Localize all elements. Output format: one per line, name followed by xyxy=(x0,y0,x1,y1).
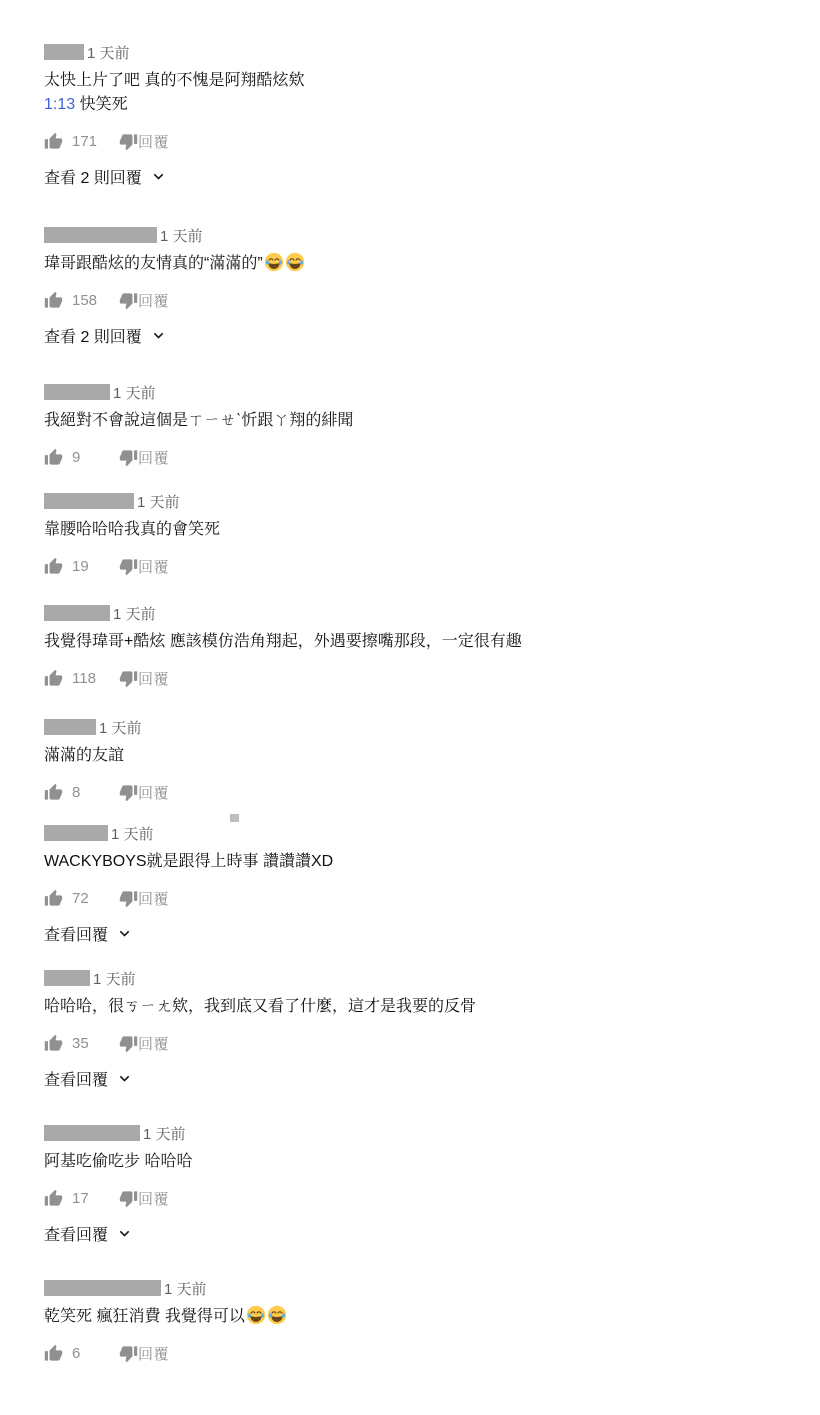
comment-timestamp[interactable]: 1 天前 xyxy=(99,717,142,738)
face-with-tears-of-joy-emoji xyxy=(267,1305,287,1325)
reply-button[interactable]: 回覆 xyxy=(138,668,169,689)
view-replies-toggle[interactable]: 查看 2 則回覆 xyxy=(44,325,168,345)
thumb-down-icon xyxy=(119,669,138,688)
view-replies-toggle[interactable]: 查看 2 則回覆 xyxy=(44,166,168,186)
comment-text: WACKYBOYS就是跟得上時事 讚讚讚XD xyxy=(44,850,780,874)
like-button[interactable]: 72 xyxy=(44,889,119,908)
like-count: 19 xyxy=(72,558,89,575)
redaction-artifact xyxy=(230,814,239,822)
username-redacted[interactable] xyxy=(44,227,157,243)
like-count: 72 xyxy=(72,890,89,907)
comment-timestamp[interactable]: 1 天前 xyxy=(113,603,156,624)
comment-header: 1 天前 xyxy=(44,383,780,401)
comment-timestamp[interactable]: 1 天前 xyxy=(111,823,154,844)
thumb-down-icon xyxy=(119,291,138,310)
comment-text: 太快上片了吧 真的不愧是阿翔酷炫欸1:13 快笑死 xyxy=(44,69,780,117)
comment-text-segment: 我絕對不會說這個是ㄒㄧㄝˋ忻跟ㄚ翔的緋聞 xyxy=(44,412,353,429)
comment-actions: 19 回覆 xyxy=(44,556,780,576)
chevron-down-icon xyxy=(115,1224,134,1243)
username-redacted[interactable] xyxy=(44,493,134,509)
dislike-button[interactable] xyxy=(119,1344,138,1363)
thumb-up-icon xyxy=(44,1034,63,1053)
like-button[interactable]: 8 xyxy=(44,783,119,802)
like-button[interactable]: 6 xyxy=(44,1344,119,1363)
thumb-down-icon xyxy=(119,1034,138,1053)
thumb-up-icon xyxy=(44,291,63,310)
comment-actions: 9 回覆 xyxy=(44,447,780,467)
comment: 1 天前 乾笑死 瘋狂消費 我覺得可以 6 xyxy=(44,1279,780,1363)
comment-timestamp[interactable]: 1 天前 xyxy=(164,1278,207,1299)
comment-header: 1 天前 xyxy=(44,718,780,736)
comment: 1 天前 WACKYBOYS就是跟得上時事 讚讚讚XD 72 回覆 查看回覆 xyxy=(44,824,780,943)
comment-header: 1 天前 xyxy=(44,824,780,842)
comment-actions: 118 回覆 xyxy=(44,668,780,688)
username-redacted[interactable] xyxy=(44,719,96,735)
like-count: 35 xyxy=(72,1035,89,1052)
view-replies-label: 查看 2 則回覆 xyxy=(44,324,142,347)
video-timestamp-link[interactable]: 1:13 xyxy=(44,96,75,113)
comment-text-segment: 靠腰哈哈哈我真的會笑死 xyxy=(44,521,220,538)
thumb-down-icon xyxy=(119,448,138,467)
comment-text-segment: 快笑死 xyxy=(75,96,127,113)
comment-text-segment: 我覺得瑋哥+酷炫 應該模仿浩角翔起，外遇要擦嘴那段，一定很有趣 xyxy=(44,633,522,650)
thumb-down-icon xyxy=(119,1189,138,1208)
comment-timestamp[interactable]: 1 天前 xyxy=(137,491,180,512)
comment: 1 天前 瑋哥跟酷炫的友情真的“滿滿的” 158 xyxy=(44,226,780,345)
reply-button[interactable]: 回覆 xyxy=(138,782,169,803)
dislike-button[interactable] xyxy=(119,1189,138,1208)
comment-text-segment: WACKYBOYS就是跟得上時事 讚讚讚XD xyxy=(44,853,333,870)
like-button[interactable]: 19 xyxy=(44,557,119,576)
comment-timestamp[interactable]: 1 天前 xyxy=(160,225,203,246)
thumb-up-icon xyxy=(44,669,63,688)
comment-header: 1 天前 xyxy=(44,969,780,987)
thumb-up-icon xyxy=(44,1189,63,1208)
dislike-button[interactable] xyxy=(119,669,138,688)
view-replies-label: 查看 2 則回覆 xyxy=(44,165,142,188)
thumb-up-icon xyxy=(44,889,63,908)
like-count: 118 xyxy=(72,670,96,687)
comment: 1 天前 我覺得瑋哥+酷炫 應該模仿浩角翔起，外遇要擦嘴那段，一定很有趣 118… xyxy=(44,604,780,688)
comment-text-segment: 瑋哥跟酷炫的友情真的“滿滿的” xyxy=(44,255,263,272)
thumb-down-icon xyxy=(119,889,138,908)
dislike-button[interactable] xyxy=(119,1034,138,1053)
comment-text: 阿基吃偷吃步 哈哈哈 xyxy=(44,1150,780,1174)
thumb-up-icon xyxy=(44,132,63,151)
thumb-up-icon xyxy=(44,1344,63,1363)
reply-button[interactable]: 回覆 xyxy=(138,290,169,311)
comment-text-segment: 太快上片了吧 真的不愧是阿翔酷炫欸 xyxy=(44,72,304,89)
comment-text-segment: 阿基吃偷吃步 哈哈哈 xyxy=(44,1153,192,1170)
comment: 1 天前 阿基吃偷吃步 哈哈哈 17 回覆 查看回覆 xyxy=(44,1124,780,1243)
comment-header: 1 天前 xyxy=(44,1124,780,1142)
like-button[interactable]: 9 xyxy=(44,448,119,467)
comment-actions: 35 回覆 xyxy=(44,1033,780,1053)
dislike-button[interactable] xyxy=(119,889,138,908)
comment-header: 1 天前 xyxy=(44,226,780,244)
comments-list: 1 天前 太快上片了吧 真的不愧是阿翔酷炫欸1:13 快笑死 171 回覆 查看… xyxy=(0,0,820,1363)
thumb-up-icon xyxy=(44,448,63,467)
reply-button[interactable]: 回覆 xyxy=(138,131,169,152)
comment: 1 天前 我絕對不會說這個是ㄒㄧㄝˋ忻跟ㄚ翔的緋聞 9 回覆 xyxy=(44,383,780,467)
comment-header: 1 天前 xyxy=(44,1279,780,1297)
thumb-down-icon xyxy=(119,132,138,151)
comment-timestamp[interactable]: 1 天前 xyxy=(93,968,136,989)
comment-header: 1 天前 xyxy=(44,604,780,622)
like-count: 6 xyxy=(72,1345,80,1362)
comment-header: 1 天前 xyxy=(44,492,780,510)
dislike-button[interactable] xyxy=(119,291,138,310)
comment-text: 我覺得瑋哥+酷炫 應該模仿浩角翔起，外遇要擦嘴那段，一定很有趣 xyxy=(44,630,780,654)
username-redacted[interactable] xyxy=(44,1280,161,1296)
reply-button[interactable]: 回覆 xyxy=(138,556,169,577)
username-redacted[interactable] xyxy=(44,44,84,60)
reply-button[interactable]: 回覆 xyxy=(138,1033,169,1054)
like-count: 9 xyxy=(72,449,80,466)
face-with-tears-of-joy-emoji xyxy=(246,1305,266,1325)
comment: 1 天前 哈哈哈，很ㄎㄧㄤ欸，我到底又看了什麼，這才是我要的反骨 35 回覆 查… xyxy=(44,969,780,1088)
username-redacted[interactable] xyxy=(44,605,110,621)
dislike-button[interactable] xyxy=(119,448,138,467)
reply-button[interactable]: 回覆 xyxy=(138,447,169,468)
comment: 1 天前 太快上片了吧 真的不愧是阿翔酷炫欸1:13 快笑死 171 回覆 查看… xyxy=(44,43,780,186)
reply-button[interactable]: 回覆 xyxy=(138,1188,169,1209)
comment-text-segment: 滿滿的友誼 xyxy=(44,747,124,764)
like-button[interactable]: 171 xyxy=(44,132,119,151)
reply-button[interactable]: 回覆 xyxy=(138,1343,169,1364)
like-count: 158 xyxy=(72,292,97,309)
comment-timestamp[interactable]: 1 天前 xyxy=(113,382,156,403)
username-redacted[interactable] xyxy=(44,1125,140,1141)
comment-text-segment: 乾笑死 瘋狂消費 我覺得可以 xyxy=(44,1308,245,1325)
comment-text: 我絕對不會說這個是ㄒㄧㄝˋ忻跟ㄚ翔的緋聞 xyxy=(44,409,780,433)
dislike-button[interactable] xyxy=(119,132,138,151)
thumb-down-icon xyxy=(119,1344,138,1363)
comment-timestamp[interactable]: 1 天前 xyxy=(143,1123,186,1144)
comment-text-segment: 哈哈哈，很ㄎㄧㄤ欸，我到底又看了什麼，這才是我要的反骨 xyxy=(44,998,476,1015)
view-replies-label: 查看回覆 xyxy=(44,922,108,945)
thumb-down-icon xyxy=(119,783,138,802)
thumb-down-icon xyxy=(119,557,138,576)
comment-actions: 17 回覆 xyxy=(44,1188,780,1208)
comment-header: 1 天前 xyxy=(44,43,780,61)
comment-actions: 6 回覆 xyxy=(44,1343,780,1363)
face-with-tears-of-joy-emoji xyxy=(264,252,284,272)
reply-button[interactable]: 回覆 xyxy=(138,888,169,909)
chevron-down-icon xyxy=(149,167,168,186)
like-button[interactable]: 158 xyxy=(44,291,119,310)
comment-actions: 171 回覆 xyxy=(44,131,780,151)
comment-text: 瑋哥跟酷炫的友情真的“滿滿的” xyxy=(44,252,780,276)
comment-text: 滿滿的友誼 xyxy=(44,744,780,768)
dislike-button[interactable] xyxy=(119,783,138,802)
username-redacted[interactable] xyxy=(44,825,108,841)
comment: 1 天前 滿滿的友誼 8 回覆 xyxy=(44,718,780,802)
comment-actions: 8 回覆 xyxy=(44,782,780,802)
comment-actions: 158 回覆 xyxy=(44,290,780,310)
comment-timestamp[interactable]: 1 天前 xyxy=(87,42,130,63)
comment-actions: 72 回覆 xyxy=(44,888,780,908)
comment-text: 乾笑死 瘋狂消費 我覺得可以 xyxy=(44,1305,780,1329)
view-replies-toggle[interactable]: 查看回覆 xyxy=(44,923,134,943)
view-replies-toggle[interactable]: 查看回覆 xyxy=(44,1223,134,1243)
dislike-button[interactable] xyxy=(119,557,138,576)
comment-text: 靠腰哈哈哈我真的會笑死 xyxy=(44,518,780,542)
chevron-down-icon xyxy=(115,924,134,943)
like-count: 171 xyxy=(72,133,97,150)
thumb-up-icon xyxy=(44,557,63,576)
like-button[interactable]: 118 xyxy=(44,669,119,688)
like-count: 8 xyxy=(72,784,80,801)
thumb-up-icon xyxy=(44,783,63,802)
view-replies-toggle[interactable]: 查看回覆 xyxy=(44,1068,134,1088)
comment: 1 天前 靠腰哈哈哈我真的會笑死 19 回覆 xyxy=(44,492,780,576)
view-replies-label: 查看回覆 xyxy=(44,1222,108,1245)
like-button[interactable]: 35 xyxy=(44,1034,119,1053)
chevron-down-icon xyxy=(149,326,168,345)
chevron-down-icon xyxy=(115,1069,134,1088)
like-button[interactable]: 17 xyxy=(44,1189,119,1208)
face-with-tears-of-joy-emoji xyxy=(285,252,305,272)
username-redacted[interactable] xyxy=(44,970,90,986)
username-redacted[interactable] xyxy=(44,384,110,400)
view-replies-label: 查看回覆 xyxy=(44,1067,108,1090)
comment-text: 哈哈哈，很ㄎㄧㄤ欸，我到底又看了什麼，這才是我要的反骨 xyxy=(44,995,780,1019)
like-count: 17 xyxy=(72,1190,89,1207)
